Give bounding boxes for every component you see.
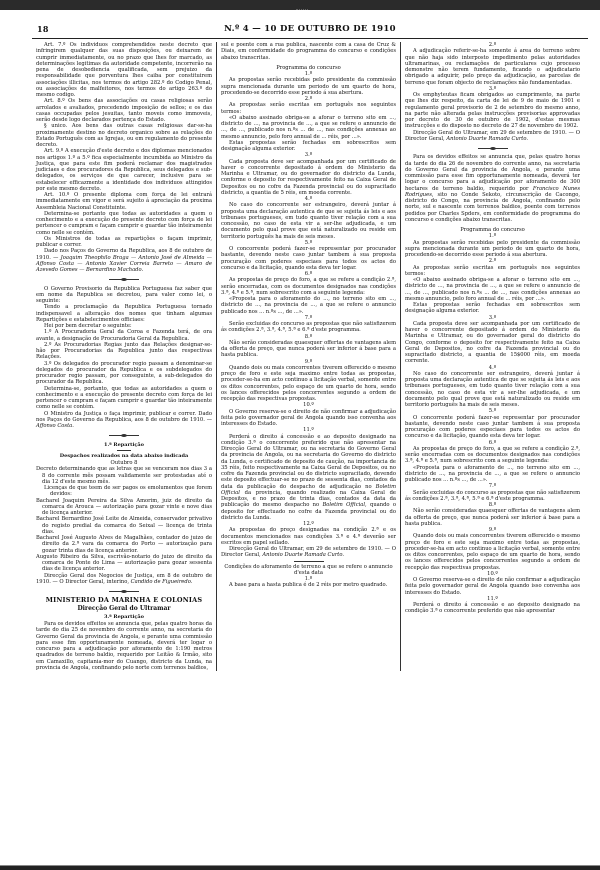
ornament-divider (36, 276, 212, 282)
clause-text: Os emphyteutas ficam obrigados ao cumpri… (405, 92, 580, 130)
clause-text: O concorrente poderá fazer-se representa… (405, 415, 580, 440)
signatory: Candido de Figueiredo. (131, 579, 193, 585)
viewer-top-bar (0, 0, 600, 10)
signatory: Antonio Duarte Ramada Curto. (446, 136, 528, 142)
clause-text: Quando dois ou mais concorrentes tiverem… (221, 365, 396, 403)
clause-text: Serão excluidas do concurso as propostas… (221, 321, 396, 334)
clause-text: As propostas serão recebidas pelo presid… (221, 77, 396, 96)
column-left: Art. 7.º Os individuos comprehendidos ne… (32, 42, 216, 671)
boletim-ref: Boletim Official (322, 502, 365, 508)
clause-text: No caso do concorrente ser estrangeiro, … (221, 202, 396, 240)
ornament-divider (405, 145, 580, 151)
directorate-heading: Direcção Geral do Ultramar (36, 606, 212, 612)
clause-formula: «Proposta para o aforamento de ..., no t… (405, 465, 580, 484)
ministro-text: O Ministro da Justiça o faça imprimir, p… (36, 411, 212, 423)
item-3: 3.º Os delegados do procurador regio pas… (36, 361, 212, 386)
section-heading: 1.ª Repartição (36, 442, 212, 448)
item-2: 2.º As Procuradorias Regias junto das Re… (36, 342, 212, 361)
licenca-item: Bacharel Joaquim Pereira da Silva Amorim… (36, 498, 212, 517)
clause-text: O Governo reserva-se o direito de não co… (221, 409, 396, 428)
short-rule (294, 561, 324, 562)
clause-text: Não serão consideradas quaesquer offerta… (405, 508, 580, 527)
governo-paragraph: O Governo Provisorio da Republica Portug… (36, 286, 212, 305)
issue-title: N.º 4 — 10 DE OUTUBRO DE 1910 (32, 24, 588, 34)
clause-text: No caso do concorrente ser estrangeiro, … (405, 371, 580, 409)
direccao-justica: Direcção Geral dos Negocios de Justiça, … (36, 573, 212, 586)
clause-formula: «Proposta para o aforamento do ..., no t… (221, 296, 396, 315)
clause-text: O concorrente poderá fazer-se representa… (221, 246, 396, 271)
ministry-heading: MINISTERIO DA MARINHA E COLONIAS (36, 597, 212, 603)
determina-paragraph-2: Determina-se, portanto, que todas as aut… (36, 386, 212, 411)
licenca-item: Bacharel Bernardino José Leite de Almeid… (36, 516, 212, 535)
header-rule (32, 38, 588, 39)
ministros-paragraph: Os Ministros de todas as repartições o f… (36, 236, 212, 249)
column-right: 2.º A adjudicação referir-se-ha somente … (400, 42, 584, 671)
ornament-divider (36, 432, 212, 438)
clause-text: Não serão consideradas quaesquer offerta… (221, 340, 396, 359)
signature-line: Direcção Geral do Ultramar, em 29 de set… (405, 130, 580, 143)
clause-text: As propostas do preço designadas na cond… (221, 527, 396, 546)
drag-handle[interactable] (296, 9, 308, 12)
decreto-letras: Decreto determinando que as letras que s… (36, 466, 212, 485)
column-middle: sul e poente com a rua publica, nascente… (216, 42, 400, 671)
clause-part: Perderá o direito á concessão e ao depos… (221, 434, 396, 490)
dado-paragraph: Dado nos Paços do Governo da Republica, … (36, 248, 212, 273)
ornament-divider (36, 588, 212, 594)
clause-text: Serão excluidas do concurso as propostas… (405, 490, 580, 503)
article-9: Art. 9.º A execução d'este decreto e dos… (36, 148, 212, 192)
clause-text: O Governo reserva-se o direito de não co… (405, 577, 580, 596)
clause-text: A adjudicação referir-se-ha somente á ar… (405, 48, 580, 86)
continuation-paragraph: sul e poente com a rua publica, nascente… (221, 42, 396, 61)
clause-text: As propostas serão recebidas pelo presid… (405, 240, 580, 259)
clause-text: Perderá o direito á concessão e ao depos… (405, 602, 580, 615)
clause-text: As propostas serão escritas em português… (405, 265, 580, 278)
signatories: Joaquim Theophilo Braga — Antonio José d… (36, 255, 212, 274)
section-heading: 3.ª Repartição (36, 614, 212, 620)
signatory: Affonso Costa. (36, 423, 74, 429)
clause-text: Cada proposta deve ser acompanhada por u… (221, 159, 396, 197)
announcement-paragraph: Para os devidos effeitos se annuncia que… (36, 621, 212, 671)
clause-formula: «O abaixo assinado obriga-se a aforar o … (405, 277, 580, 302)
clause-text: As propostas de preço do foro, a que se … (221, 277, 396, 296)
newspaper-page: 18 N.º 4 — 10 DE OUTUBRO DE 1910 Art. 7.… (32, 20, 588, 671)
clause-text: Perderá o direito á concessão e ao depos… (221, 434, 396, 522)
article-10: Art. 10.º O presente diploma com força d… (36, 192, 212, 211)
determina-paragraph: Determina-se portanto que todas as autor… (36, 211, 212, 236)
signatory: Antonio Duarte Ramada Curto. (262, 552, 344, 558)
article-7: Art. 7.º Os individuos comprehendidos ne… (36, 42, 212, 98)
clause-text: Estas propostas serão fechadas em sobres… (221, 140, 396, 153)
tendo-paragraph: Tendo a proclamação da Republica Portugu… (36, 304, 212, 323)
clause-text: Quando dois ou mais concorrentes tiverem… (405, 533, 580, 571)
paragraph-unico: § unico. Aos bens das outras casas relig… (36, 123, 212, 148)
short-rule (117, 450, 131, 451)
clause-text: Cada proposta deve ser acompanhada por u… (405, 321, 580, 365)
page-header: 18 N.º 4 — 10 DE OUTUBRO DE 1910 (32, 20, 588, 36)
article-8: Art. 8.º Os bens das associações ou casa… (36, 98, 212, 123)
licenca-item: Augusto Ribeiro da Silva, escrivão-notar… (36, 554, 212, 573)
clause-text: As propostas de preço do foro, a que se … (405, 446, 580, 465)
announcement-text: , sito no Conde Sekoto, circunscrição de… (405, 192, 580, 223)
conditions-title: Condições do aforamento de terreno a que… (221, 564, 396, 577)
ministro-justica-paragraph: O Ministro da Justiça o faça imprimir, p… (36, 411, 212, 430)
despachos-title: Despachos realizados na data abaixo indi… (36, 453, 212, 459)
announcement-paragraph: Para os devidos effeitos se annuncia que… (405, 154, 580, 223)
licenca-item: Bacharel José Augusto Alves de Magalhães… (36, 535, 212, 554)
clause-formula: «O abaixo assinado obriga-se a aforar o … (221, 115, 396, 140)
signature-line: Direcção Geral do Ultramar, em 29 de set… (221, 546, 396, 559)
clause-text: As propostas serão escritas em português… (221, 102, 396, 115)
licencas-intro: Licenças de que teem de ser pagos os emo… (36, 485, 212, 498)
clause-text: Estas propostas serão fechadas em sobres… (405, 302, 580, 315)
viewer-bottom-bar (0, 865, 600, 870)
item-1: 1.º A Procuradoria Geral da Coroa e Faze… (36, 329, 212, 342)
clause-text: A base para a hasta publica é de 2 réis … (221, 582, 396, 588)
